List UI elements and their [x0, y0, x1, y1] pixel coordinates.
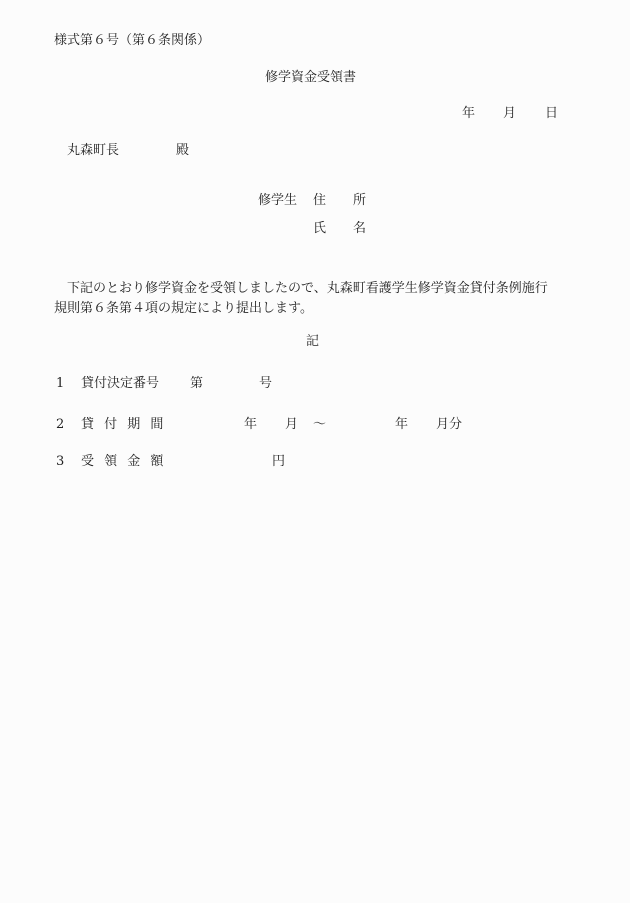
item-prefix: 第 — [190, 376, 203, 392]
addressee-honorific: 殿 — [176, 143, 189, 159]
from-month-label: 月 — [285, 417, 298, 433]
address-label-1: 住 — [313, 193, 326, 209]
item-label: 受 領 金 額 — [81, 454, 166, 470]
name-label-1: 氏 — [313, 221, 326, 237]
period-tilde: ～ — [313, 417, 326, 433]
amount-unit: 円 — [272, 454, 285, 470]
item-number: 1 — [56, 376, 64, 392]
date-month-label: 月 — [503, 106, 516, 122]
from-year-label: 年 — [244, 417, 257, 433]
body-line-1: 下記のとおり修学資金を受領しましたので、丸森町看護学生修学資金貸付条例施行 — [54, 279, 579, 299]
document-title: 修学資金受領書 — [265, 70, 356, 86]
item-label: 貸 付 期 間 — [81, 417, 166, 433]
record-heading: 記 — [306, 334, 319, 350]
applicant-role-label: 修学生 — [258, 193, 297, 209]
to-year-label: 年 — [395, 417, 408, 433]
date-day-label: 日 — [545, 106, 558, 122]
body-line-2: 規則第６条第４項の規定により提出します。 — [54, 299, 579, 319]
name-label-2: 名 — [353, 221, 366, 237]
date-year-label: 年 — [462, 106, 475, 122]
item-number: 2 — [56, 417, 64, 433]
item-number: 3 — [56, 454, 64, 470]
addressee-name: 丸森町長 — [67, 143, 119, 159]
body-paragraph: 下記のとおり修学資金を受領しましたので、丸森町看護学生修学資金貸付条例施行 規則… — [54, 279, 579, 319]
address-label-2: 所 — [353, 193, 366, 209]
item-label: 貸付決定番号 — [81, 376, 159, 392]
item-suffix: 号 — [259, 376, 272, 392]
to-month-label: 月分 — [436, 417, 462, 433]
form-label: 様式第６号（第６条関係） — [54, 33, 210, 49]
